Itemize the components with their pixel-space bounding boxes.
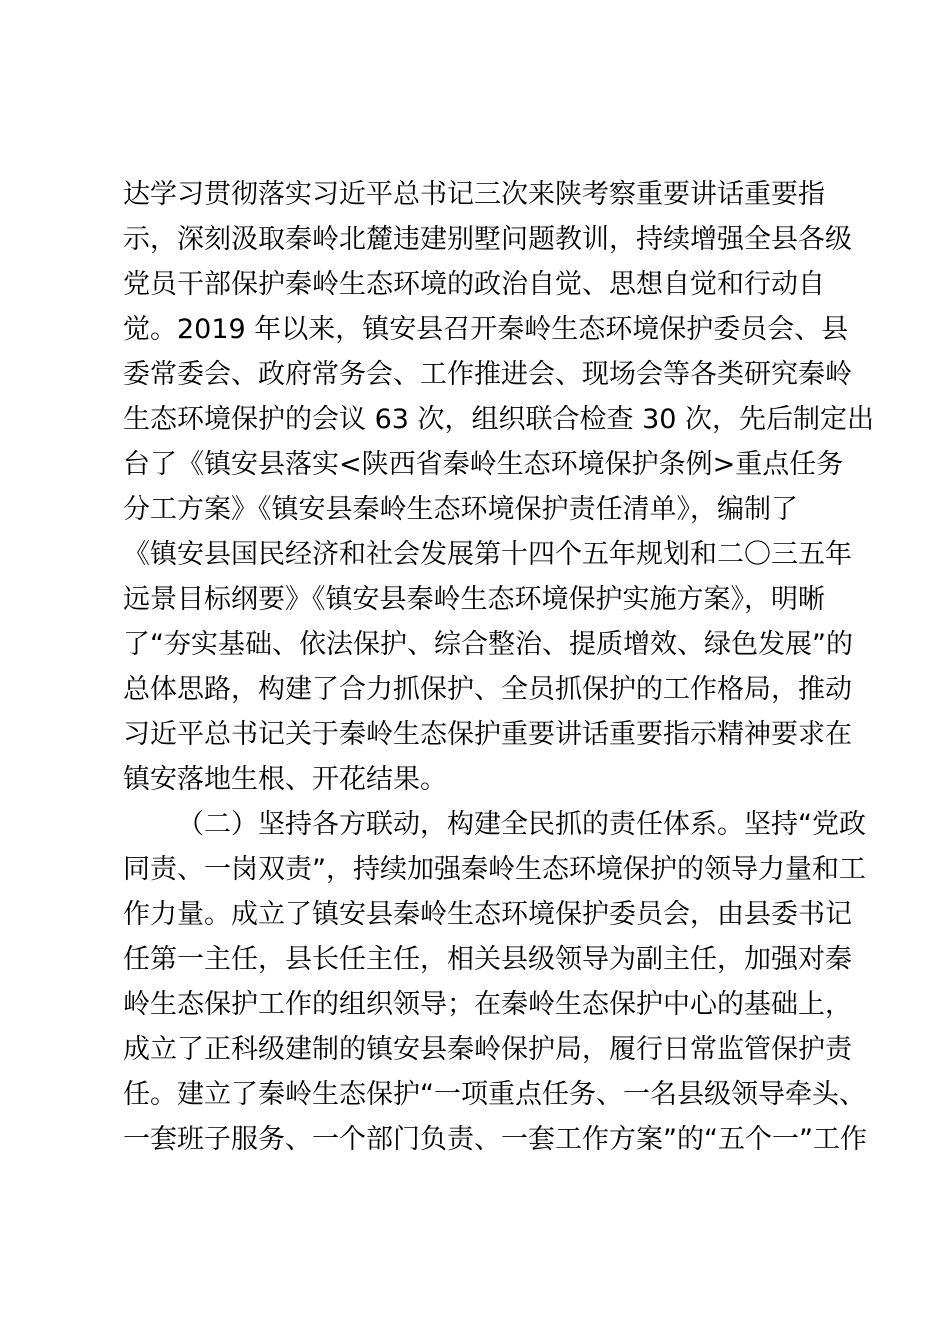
text-line: 了“夯实基础、依法保护、综合整治、提质增效、绿色发展”的 <box>123 622 833 667</box>
text-line: 任第一主任，县长任主任，相关县级领导为副主任，加强对秦 <box>123 937 833 982</box>
document-page: 达学习贯彻落实习近平总书记三次来陕考察重要讲话重要指示，深刻汲取秦岭北麓违建别墅… <box>0 0 950 1344</box>
text-line: 台了《镇安县落实<陕西省秦岭生态环境保护条例>重点任务 <box>123 442 833 487</box>
text-line: 生态环境保护的会议 63 次，组织联合检查 30 次，先后制定出 <box>123 397 833 442</box>
text-line: 党员干部保护秦岭生态环境的政治自觉、思想自觉和行动自 <box>123 262 833 307</box>
text-line: 觉。2019 年以来，镇安县召开秦岭生态环境保护委员会、县 <box>123 307 833 352</box>
document-text: 达学习贯彻落实习近平总书记三次来陕考察重要讲话重要指示，深刻汲取秦岭北麓违建别墅… <box>123 172 833 1162</box>
text-line: 镇安落地生根、开花结果。 <box>123 757 833 802</box>
text-line: （二）坚持各方联动，构建全民抓的责任体系。坚持“党政 <box>123 802 833 847</box>
text-line: 委常委会、政府常务会、工作推进会、现场会等各类研究秦岭 <box>123 352 833 397</box>
text-line: 一套班子服务、一个部门负责、一套工作方案”的“五个一”工作 <box>123 1117 833 1162</box>
text-line: 任。建立了秦岭生态保护“一项重点任务、一名县级领导牵头、 <box>123 1072 833 1117</box>
text-line: 《镇安县国民经济和社会发展第十四个五年规划和二〇三五年 <box>123 532 833 577</box>
text-line: 达学习贯彻落实习近平总书记三次来陕考察重要讲话重要指 <box>123 172 833 217</box>
text-line: 远景目标纲要》《镇安县秦岭生态环境保护实施方案》，明晰 <box>123 577 833 622</box>
text-line: 总体思路，构建了合力抓保护、全员抓保护的工作格局，推动 <box>123 667 833 712</box>
text-line: 习近平总书记关于秦岭生态保护重要讲话重要指示精神要求在 <box>123 712 833 757</box>
text-line: 分工方案》《镇安县秦岭生态环境保护责任清单》，编制了 <box>123 487 833 532</box>
text-line: 同责、一岗双责”，持续加强秦岭生态环境保护的领导力量和工 <box>123 847 833 892</box>
text-line: 岭生态保护工作的组织领导；在秦岭生态保护中心的基础上， <box>123 982 833 1027</box>
text-line: 作力量。成立了镇安县秦岭生态环境保护委员会，由县委书记 <box>123 892 833 937</box>
text-line: 示，深刻汲取秦岭北麓违建别墅问题教训，持续增强全县各级 <box>123 217 833 262</box>
text-line: 成立了正科级建制的镇安县秦岭保护局，履行日常监管保护责 <box>123 1027 833 1072</box>
